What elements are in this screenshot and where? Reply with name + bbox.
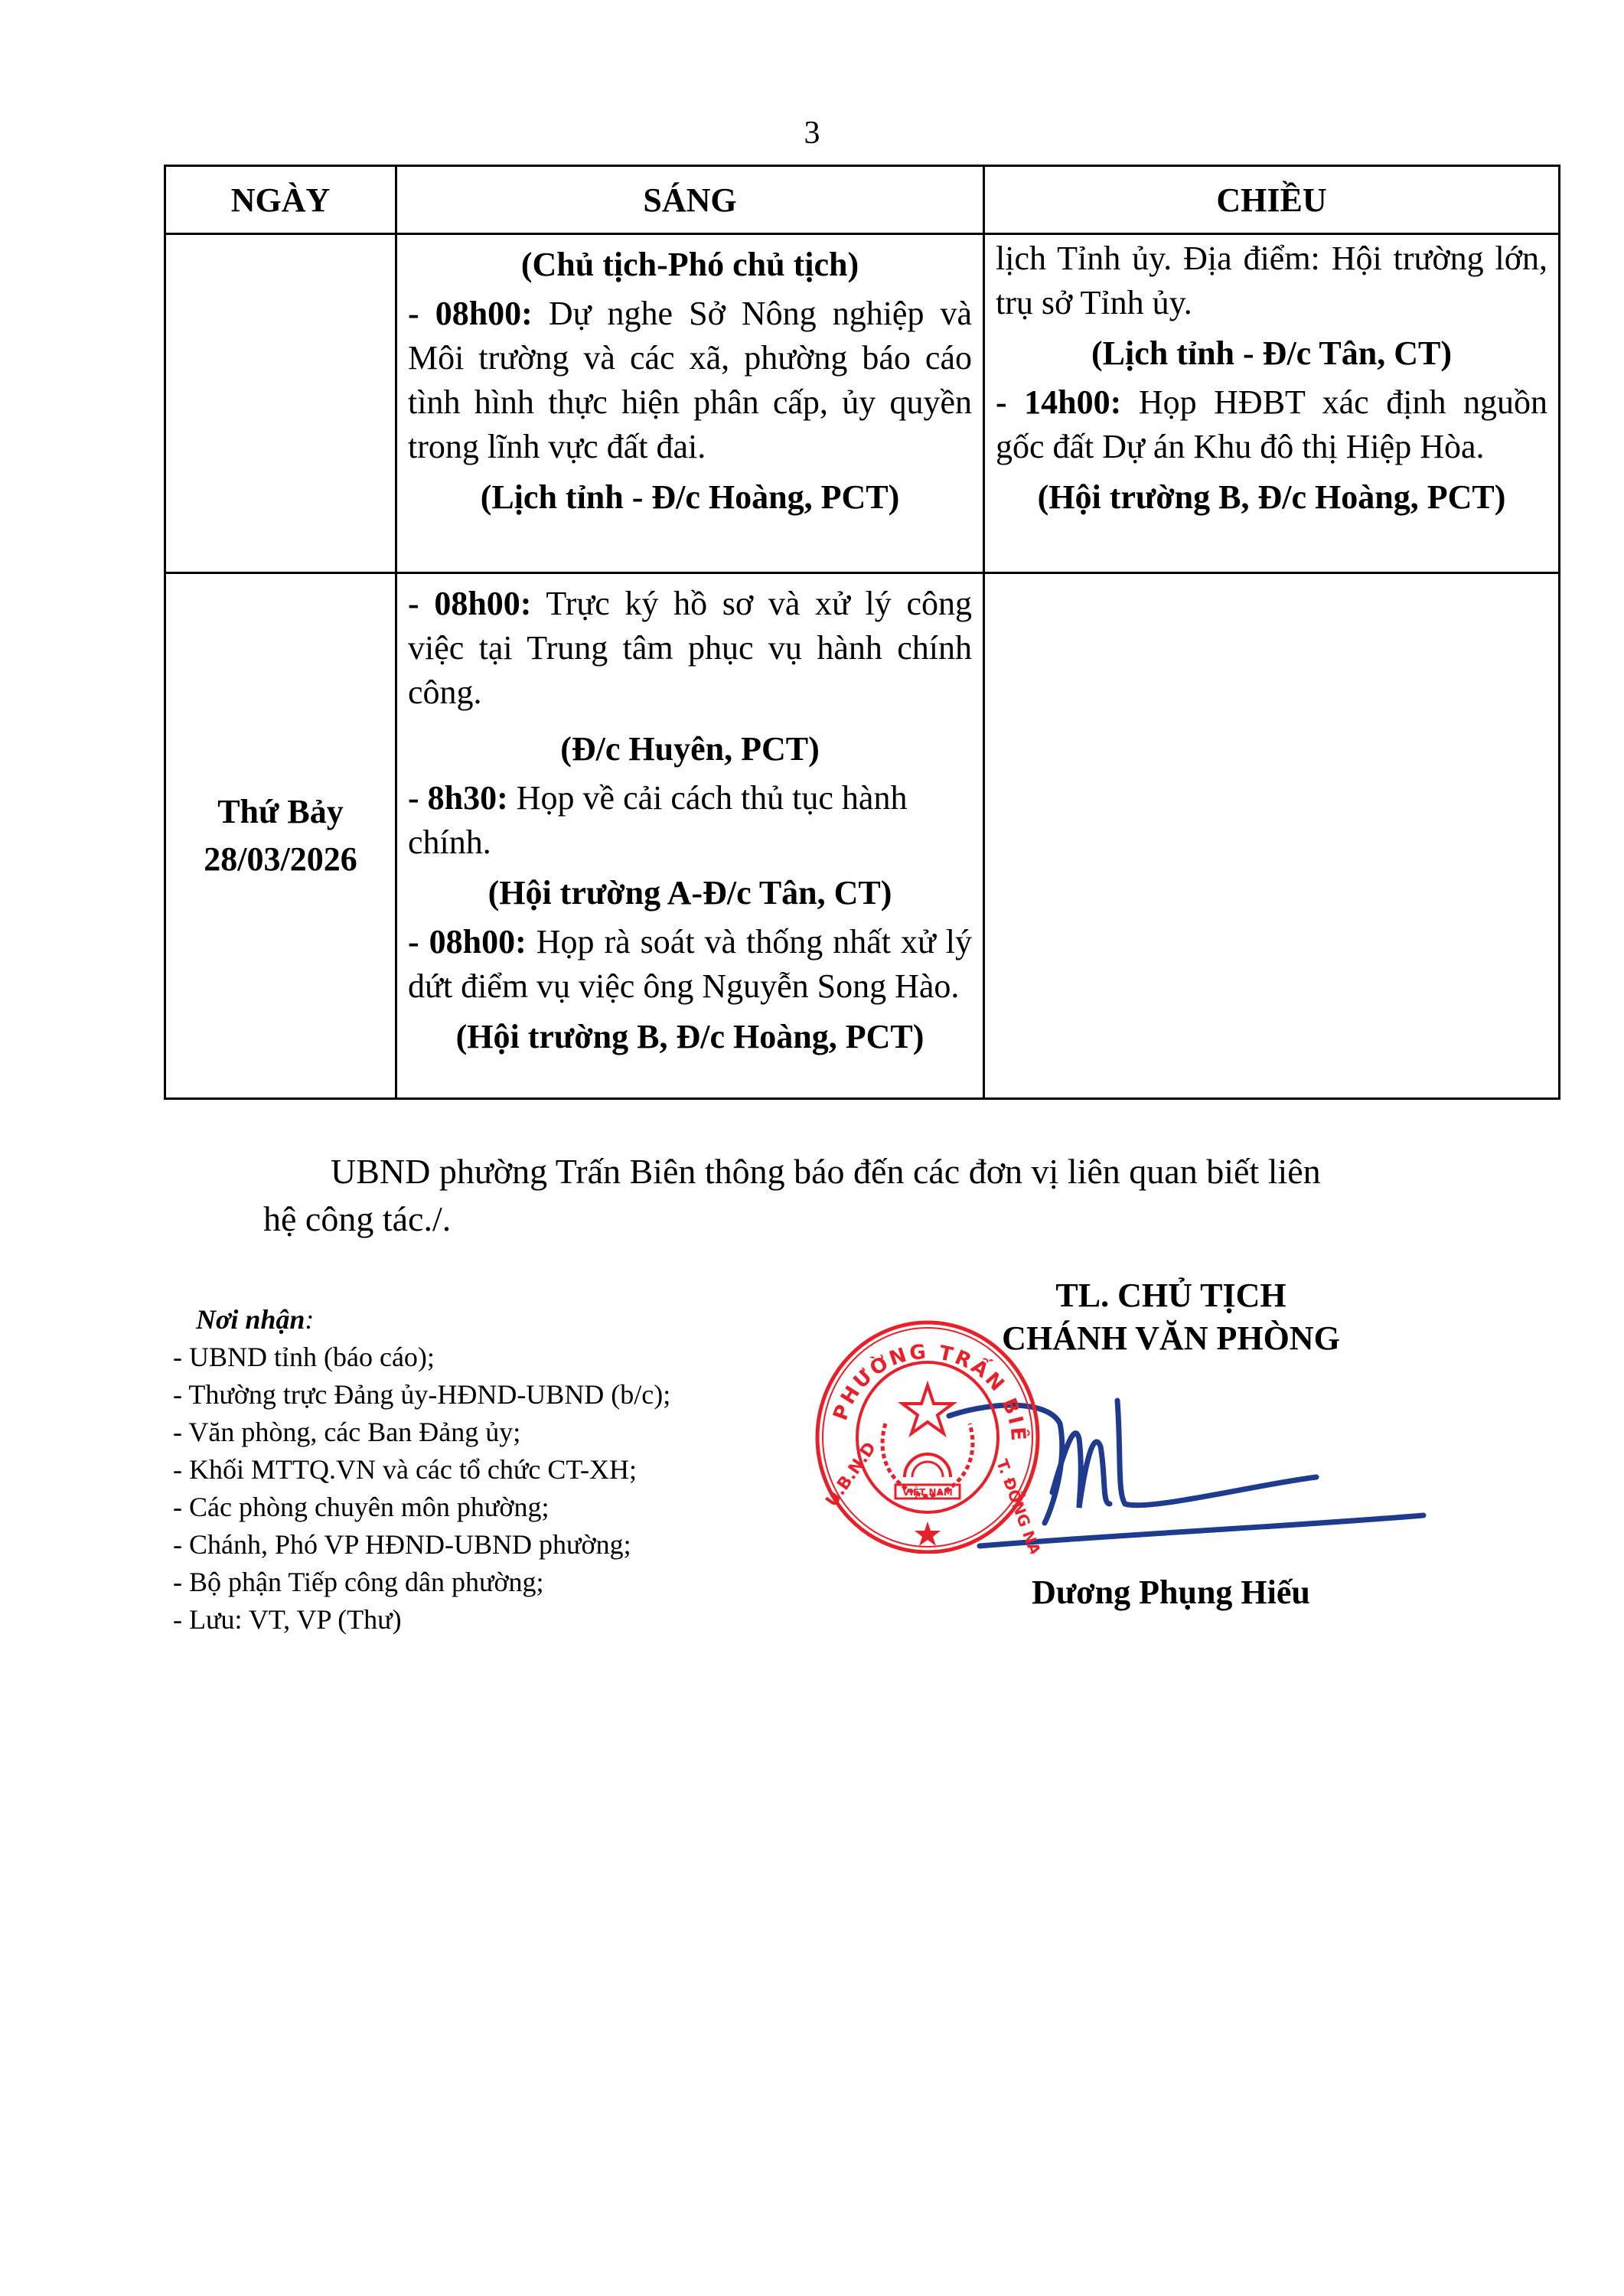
item-time: - 08h00: — [408, 585, 531, 622]
day-cell: Thứ Bảy 28/03/2026 — [165, 573, 396, 1099]
header-afternoon: CHIỀU — [984, 166, 1560, 234]
morning-cell: - 08h00: Trực ký hồ sơ và xử lý công việ… — [396, 573, 984, 1099]
recipient-item: - Lưu: VT, VP (Thư) — [173, 1601, 670, 1639]
recipient-item: - Văn phòng, các Ban Đảng ủy; — [173, 1414, 670, 1451]
schedule-item: - 08h00: Trực ký hồ sơ và xử lý công việ… — [408, 582, 972, 715]
table-row: (Chủ tịch-Phó chủ tịch) - 08h00: Dự nghe… — [165, 234, 1560, 573]
item-time: - 08h00: — [408, 295, 533, 332]
page-number: 3 — [0, 115, 1624, 152]
afternoon-cell: lịch Tỉnh ủy. Địa điểm: Hội trường lớn, … — [984, 234, 1560, 573]
item-signature: (Hội trường A-Đ/c Tân, CT) — [408, 871, 972, 915]
day-date: 28/03/2026 — [166, 836, 395, 883]
recipients-heading: Nơi nhận: — [173, 1301, 670, 1339]
morning-attendees: (Chủ tịch-Phó chủ tịch) — [408, 243, 972, 287]
recipient-item: - UBND tỉnh (báo cáo); — [173, 1339, 670, 1376]
item-signature: (Hội trường B, Đ/c Hoàng, PCT) — [996, 475, 1547, 520]
recipient-item: - Thường trực Đảng ủy-HĐND-UBND (b/c); — [173, 1376, 670, 1414]
item-signature: (Lịch tỉnh - Đ/c Hoàng, PCT) — [408, 475, 972, 520]
item-signature: (Đ/c Huyên, PCT) — [408, 727, 972, 771]
day-cell — [165, 234, 396, 573]
schedule-table: NGÀY SÁNG CHIỀU (Chủ tịch-Phó chủ tịch) … — [164, 165, 1560, 1100]
recipients-list: Nơi nhận: - UBND tỉnh (báo cáo); - Thườn… — [173, 1301, 670, 1639]
header-morning: SÁNG — [396, 166, 984, 234]
item-time: - 08h00: — [408, 923, 527, 960]
recipient-item: - Bộ phận Tiếp công dân phường; — [173, 1564, 670, 1601]
closing-line-1: UBND phường Trấn Biên thông báo đến các … — [164, 1148, 1558, 1195]
schedule-item: - 08h00: Họp rà soát và thống nhất xử lý… — [408, 920, 972, 1009]
recipient-item: - Chánh, Phó VP HĐND-UBND phường; — [173, 1526, 670, 1564]
official-stamp-icon: PHƯỜNG TRẤN BIÊN VIỆT NAM U.B.N.D T. ĐỒN… — [813, 1316, 1042, 1554]
table-row: Thứ Bảy 28/03/2026 - 08h00: Trực ký hồ s… — [165, 573, 1560, 1099]
item-time: - 14h00: — [996, 383, 1121, 421]
closing-paragraph: UBND phường Trấn Biên thông báo đến các … — [164, 1148, 1558, 1243]
schedule-item: - 14h00: Họp HĐBT xác định nguồn gốc đất… — [996, 380, 1547, 469]
table-header-row: NGÀY SÁNG CHIỀU — [165, 166, 1560, 234]
continued-signature: (Lịch tỉnh - Đ/c Tân, CT) — [996, 331, 1547, 376]
header-day: NGÀY — [165, 166, 396, 234]
morning-cell: (Chủ tịch-Phó chủ tịch) - 08h00: Dự nghe… — [396, 234, 984, 573]
item-time: - 8h30: — [408, 779, 508, 817]
afternoon-cell-empty — [984, 573, 1560, 1099]
schedule-item: - 8h30: Họp về cải cách thủ tục hành chí… — [408, 776, 972, 865]
signer-name: Dương Phụng Hiếu — [957, 1573, 1385, 1612]
svg-text:U.B.N.D: U.B.N.D — [822, 1439, 880, 1510]
signer-title-line-1: TL. CHỦ TỊCH — [957, 1274, 1385, 1317]
svg-text:VIỆT NAM: VIỆT NAM — [902, 1486, 953, 1498]
continued-text: lịch Tỉnh ủy. Địa điểm: Hội trường lớn, … — [996, 236, 1547, 325]
recipient-item: - Các phòng chuyên môn phường; — [173, 1489, 670, 1526]
recipient-item: - Khối MTTQ.VN và các tổ chức CT-XH; — [173, 1451, 670, 1489]
schedule-item: - 08h00: Dự nghe Sở Nông nghiệp và Môi t… — [408, 292, 972, 469]
closing-line-2: hệ công tác./. — [164, 1195, 1558, 1243]
item-signature: (Hội trường B, Đ/c Hoàng, PCT) — [408, 1015, 972, 1059]
day-label: Thứ Bảy — [166, 788, 395, 836]
